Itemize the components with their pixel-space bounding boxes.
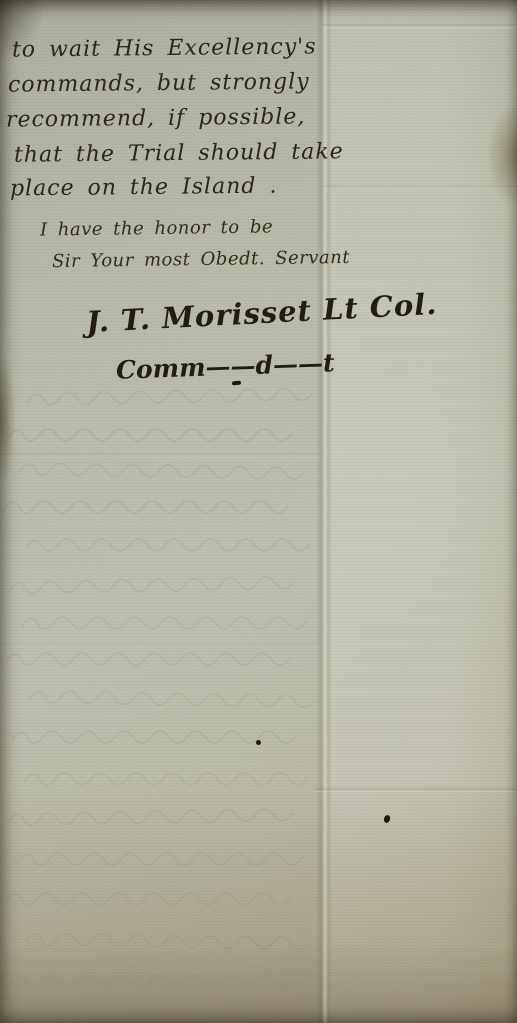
ink-bleed-through: [0, 378, 517, 1018]
edge-smudge: [0, 360, 14, 480]
horizontal-crease: [314, 787, 517, 793]
horizontal-crease: [0, 452, 322, 458]
handwriting-line: that the Trial should take: [14, 139, 344, 167]
corner-shadow: [0, 0, 46, 64]
horizontal-crease: [322, 184, 517, 190]
horizontal-crease: [0, 642, 322, 648]
closing-line: Sir Your most Obedt. Servant: [52, 247, 350, 272]
handwriting-line: place on the Island .: [10, 174, 278, 202]
handwriting-line: to wait His Excellency's: [12, 34, 317, 62]
closing-line: I have the honor to be: [40, 216, 273, 240]
handwriting-line: commands, but strongly: [8, 69, 310, 97]
ink-spot: [256, 740, 261, 745]
edge-smudge: [489, 108, 517, 204]
letter-page-scan: to wait His Excellency's commands, but s…: [0, 0, 517, 1023]
handwriting-line: recommend, if possible,: [6, 104, 306, 132]
horizontal-crease: [322, 23, 517, 29]
